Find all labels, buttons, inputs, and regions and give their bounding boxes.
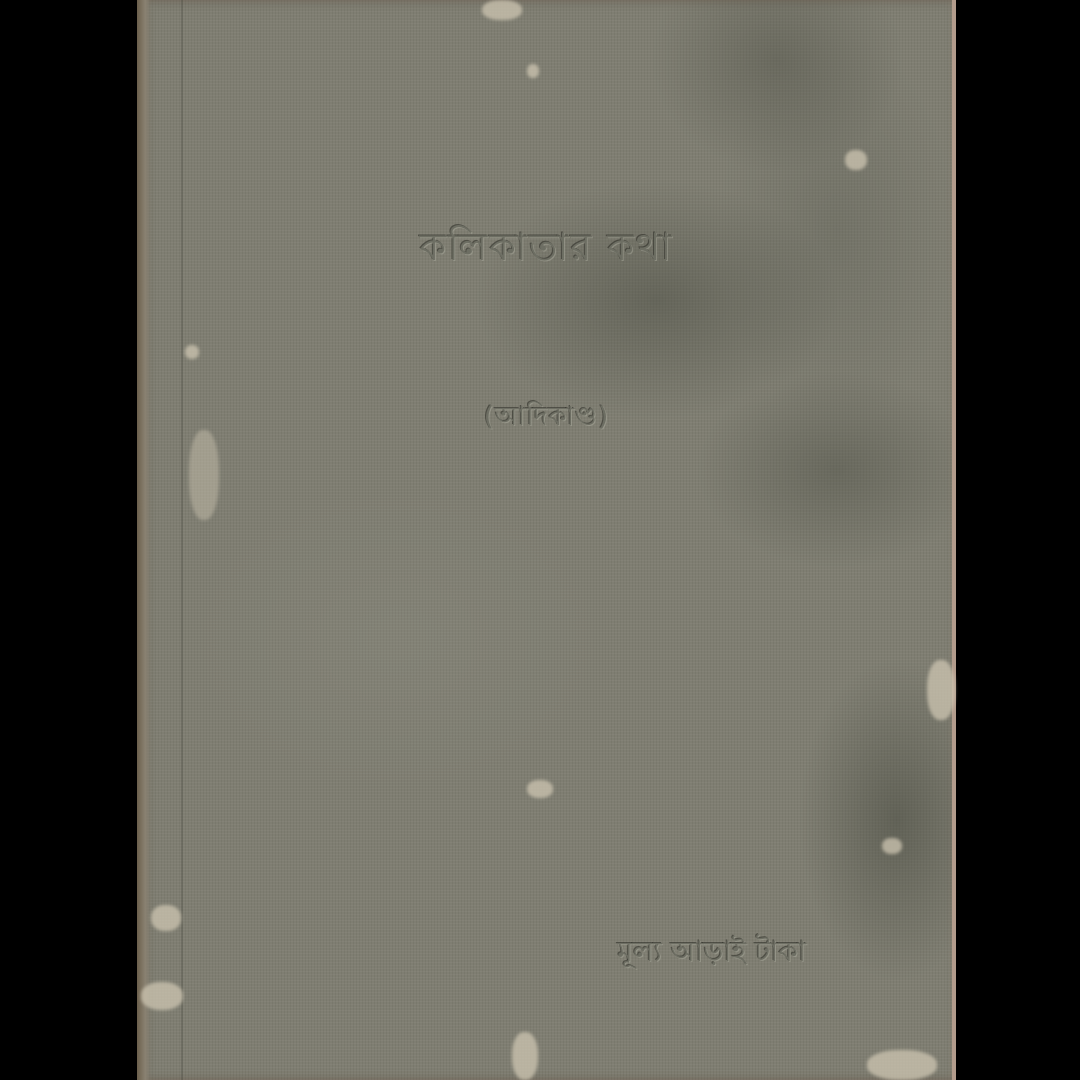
spine-edge (137, 0, 151, 1080)
wear-spot (845, 150, 867, 170)
wear-spot (512, 1032, 538, 1080)
wear-spot (482, 0, 522, 20)
page-edge (952, 0, 956, 1080)
wear-spot (527, 64, 539, 78)
wear-spot (151, 905, 181, 931)
wear-spot (882, 838, 902, 854)
wear-spot (527, 780, 553, 798)
wear-spot (867, 1050, 937, 1080)
book-price: মূল্য আড়াই টাকা (617, 930, 806, 977)
book-cover: কলিকাতার কথা (আদিকাণ্ড) মূল্য আড়াই টাকা (137, 0, 956, 1080)
hinge-line (181, 0, 183, 1080)
book-subtitle: (আদিকাণ্ড) (137, 396, 956, 440)
wear-spot (927, 660, 955, 720)
book-title: কলিকাতার কথা (137, 218, 956, 282)
wear-spot (189, 430, 219, 520)
wear-spot (185, 345, 199, 359)
wear-spot (141, 982, 183, 1010)
